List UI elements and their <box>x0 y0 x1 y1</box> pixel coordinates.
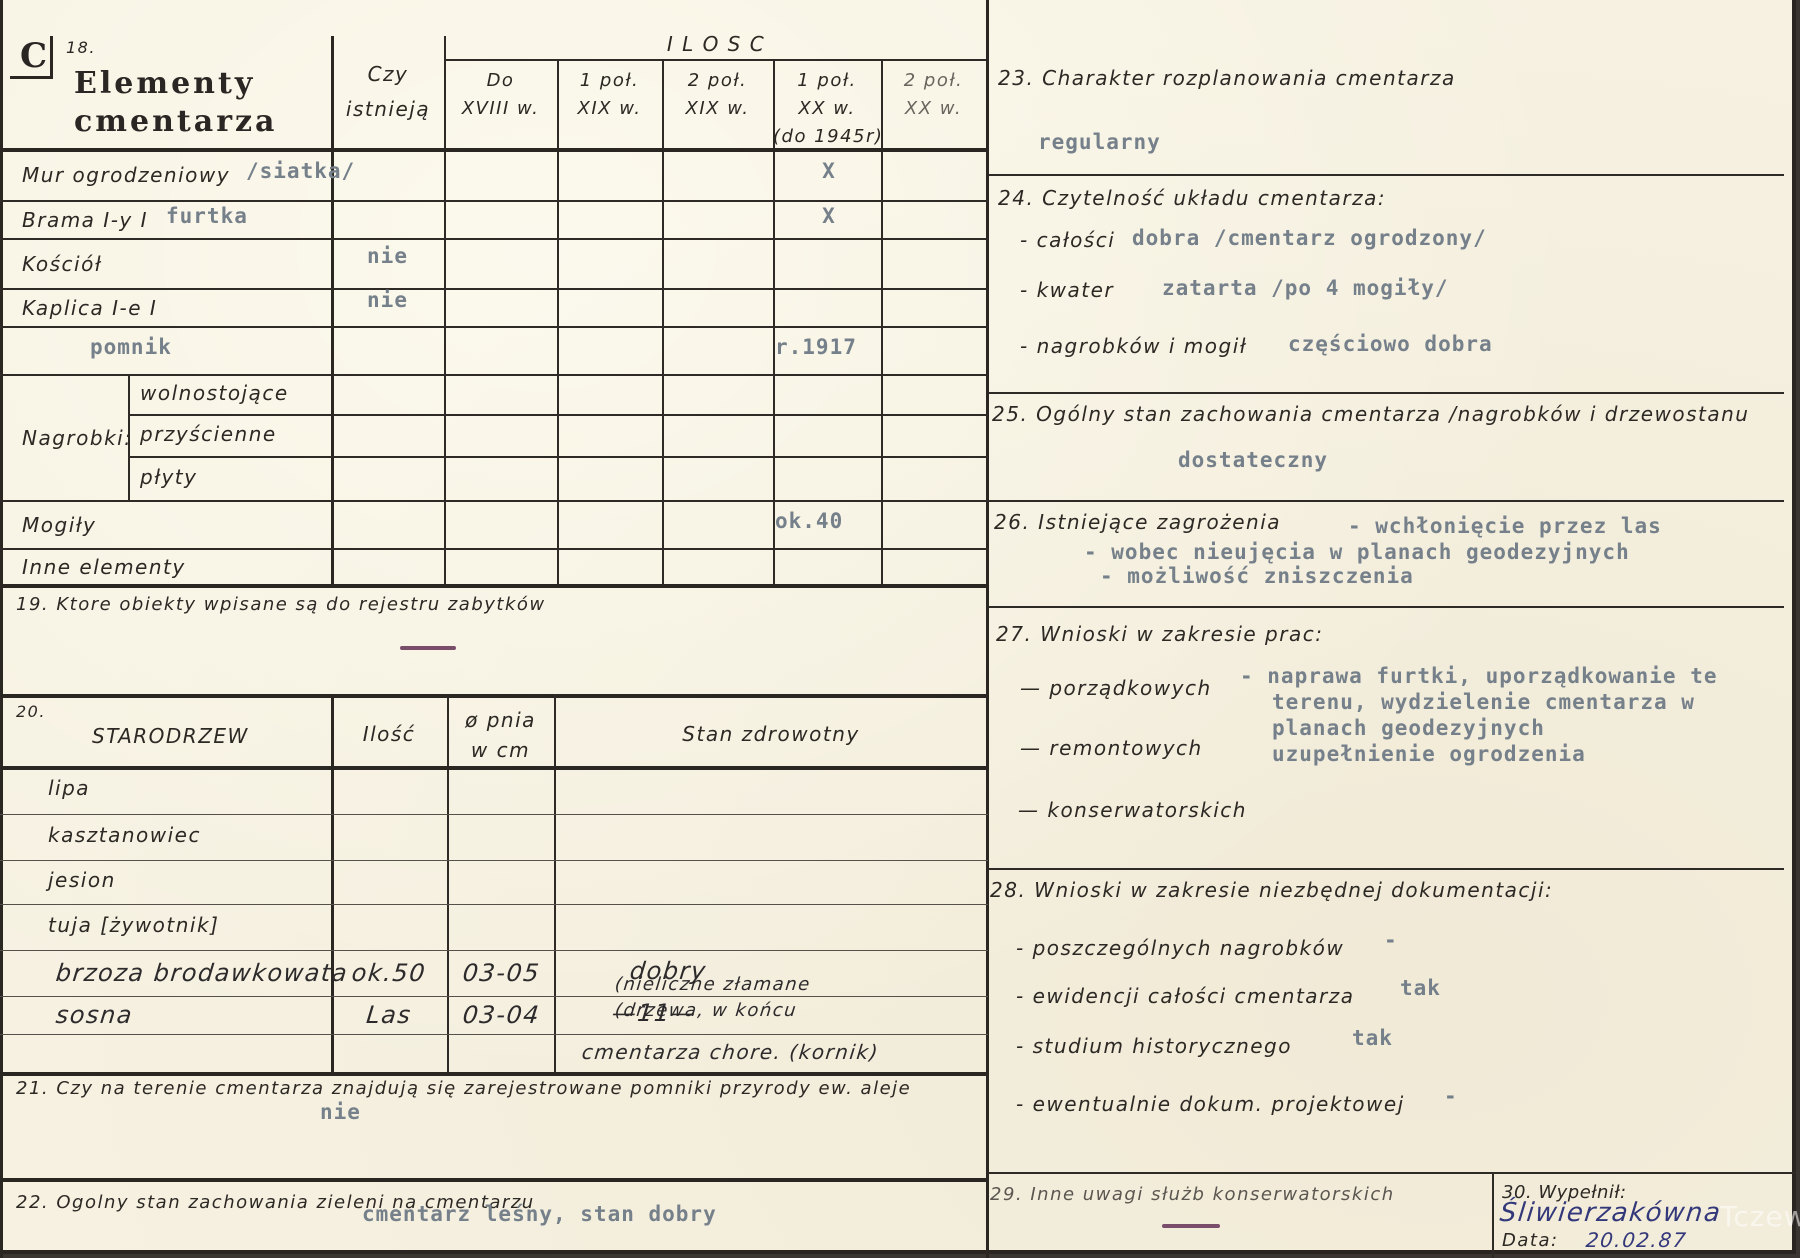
works-repair-answer: uzupełnienie ogrodzenia <box>1272 742 1586 766</box>
row-typed-label: pomnik <box>90 335 172 359</box>
tree-species: kasztanowiec <box>48 823 201 847</box>
row-label: Mogiły <box>22 513 96 537</box>
section-29-answer-dash <box>1162 1224 1220 1228</box>
works-cleanup-label: — porządkowych <box>1020 676 1212 700</box>
documentation-answer: tak <box>1352 1026 1393 1050</box>
row-value: X <box>775 159 883 183</box>
legibility-answer: dobra /cmentarz ogrodzony/ <box>1132 226 1487 250</box>
period-header-3-line1: 2 poł. <box>662 70 773 91</box>
divider <box>0 1034 988 1035</box>
period-header-5-line2: XX w. <box>881 98 986 119</box>
row-typed-label: furtka <box>166 204 248 228</box>
divider <box>988 174 1784 176</box>
section-28-label: 28. Wnioski w zakresie niezbędnej dokume… <box>990 878 1553 902</box>
documentation-label: - ewidencji całości cmentarza <box>1016 984 1355 1008</box>
section-18-number: 18. <box>66 38 96 57</box>
date-value: 20.02.87 <box>1585 1228 1689 1252</box>
section-23-label: 23. Charakter rozplanowania cmentarza <box>998 66 1456 90</box>
divider <box>0 200 988 202</box>
row-label: Mur ogrodzeniowy <box>22 163 230 187</box>
divider <box>988 500 1784 502</box>
divider <box>128 414 988 416</box>
card-letter: C <box>20 36 47 76</box>
col-diameter-line2: w cm <box>447 738 554 762</box>
watermark: Tczew <box>1720 1200 1800 1233</box>
divider <box>988 1172 1796 1174</box>
inventory-card: C 18. Elementy cmentarza Czy istnieją I … <box>0 0 1796 1254</box>
tree-diameter: 03-05 <box>448 959 556 987</box>
tree-species: jesion <box>48 868 116 892</box>
period-header-4-line3: (do 1945r) <box>773 126 881 147</box>
tree-species: tuja [żywotnik] <box>48 913 219 937</box>
tree-species: sosna <box>55 1001 135 1029</box>
nagrobki-group-label: Nagrobki: <box>22 426 132 450</box>
row-value: r.1917 <box>775 335 883 359</box>
divider <box>0 326 988 328</box>
documentation-answer: - <box>1444 1084 1458 1108</box>
section-25-label: 25. Ogólny stan zachowania cmentarza /na… <box>992 402 1749 426</box>
divider <box>0 950 988 951</box>
row-value: X <box>775 204 883 228</box>
divider <box>662 59 664 584</box>
col-count: Ilość <box>333 722 445 746</box>
row-label: Kościół <box>22 252 102 276</box>
legibility-answer: zatarta /po 4 mogiły/ <box>1162 276 1449 300</box>
tree-health: —11— <box>611 999 698 1027</box>
section-19-label: 19. Ktore obiekty wpisane są do rejestru… <box>16 594 546 615</box>
period-header-5-line1: 2 poł. <box>881 70 986 91</box>
section-25-answer: dostateczny <box>1178 448 1328 472</box>
row-label: przyścienne <box>140 422 277 446</box>
card-left-edge <box>0 0 3 1258</box>
row-label: Inne elementy <box>22 555 186 579</box>
col-diameter-line1: ø pnia <box>447 708 554 732</box>
section-21-answer: nie <box>320 1100 361 1124</box>
col-exists-line1: Czy <box>333 62 443 86</box>
row-exists: nie <box>331 288 444 312</box>
row-label: płyty <box>140 465 197 489</box>
divider <box>988 606 1784 608</box>
section-22-answer: cmentarz leśny, stan dobry <box>362 1202 717 1226</box>
row-label: wolnostojące <box>140 381 289 405</box>
divider <box>0 1178 988 1182</box>
period-header-1-line1: Do <box>444 70 557 91</box>
row-value: ok.40 <box>775 509 883 533</box>
divider <box>0 904 988 905</box>
works-conservation-label: — konserwatorskich <box>1018 798 1247 822</box>
section-18-title-line1: Elementy <box>74 66 255 101</box>
tree-count: Las <box>332 1001 447 1029</box>
legibility-answer: częściowo dobra <box>1288 332 1493 356</box>
section-27-label: 27. Wnioski w zakresie prac: <box>996 622 1323 646</box>
documentation-label: - studium historycznego <box>1016 1034 1292 1058</box>
divider <box>0 996 988 997</box>
divider <box>0 148 988 152</box>
col-health: Stan zdrowotny <box>556 722 986 746</box>
section-26-label: 26. Istniejące zagrożenia <box>994 510 1281 534</box>
works-cleanup-line2: terenu, wydzielenie cmentarza w <box>1272 690 1695 714</box>
row-typed-label: /siatka/ <box>246 159 355 183</box>
divider <box>444 59 987 61</box>
col-tree: STARODRZEW <box>92 724 249 748</box>
period-header-2-line2: XIX w. <box>557 98 662 119</box>
section-19-answer-dash <box>400 646 456 650</box>
divider <box>128 456 988 458</box>
divider <box>0 548 988 550</box>
divider <box>988 392 1784 394</box>
documentation-label: - ewentualnie dokum. projektowej <box>1016 1092 1405 1116</box>
row-label: Kaplica I-e I <box>22 296 157 320</box>
divider <box>0 288 988 290</box>
section-18-title-line2: cmentarza <box>74 104 277 139</box>
section-23-answer: regularny <box>1038 130 1161 154</box>
legibility-label: - nagrobków i mogił <box>1020 334 1247 358</box>
tree-health: dobry <box>629 957 709 985</box>
legibility-label: - kwater <box>1020 278 1114 302</box>
tree-count: ok.50 <box>332 959 447 987</box>
threat-1: - wchłonięcie przez las <box>1348 514 1662 538</box>
tree-diameter: 03-04 <box>448 1001 556 1029</box>
tree-species: brzoza brodawkowata <box>55 959 350 987</box>
divider <box>557 59 559 584</box>
section-21-label: 21. Czy na terenie cmentarza znajdują si… <box>16 1078 911 1099</box>
date-label: Data: <box>1502 1230 1559 1251</box>
legibility-label: - całości <box>1020 228 1115 252</box>
divider <box>0 766 988 770</box>
threat-3: - możliwość zniszczenia <box>1100 564 1414 588</box>
center-divider <box>986 0 989 1258</box>
section-20-number: 20. <box>16 702 46 721</box>
documentation-answer: - <box>1384 928 1398 952</box>
documentation-label: - poszczególnych nagrobków <box>1016 936 1344 960</box>
period-header-1-line2: XVIII w. <box>444 98 557 119</box>
tree-species: lipa <box>48 776 90 800</box>
divider <box>0 814 988 815</box>
divider <box>0 694 988 698</box>
row-label: Brama I-y I <box>22 208 148 232</box>
divider <box>0 374 988 376</box>
row-exists: nie <box>331 244 444 268</box>
tree-note-line3: cmentarza chore. (kornik) <box>581 1040 881 1064</box>
works-cleanup-line1: - naprawa furtki, uporządkowanie te <box>1240 664 1718 688</box>
section-24-label: 24. Czytelność układu cmentarza: <box>998 186 1386 210</box>
period-header-4-line1: 1 poł. <box>773 70 881 91</box>
divider <box>1492 1172 1494 1258</box>
divider <box>0 860 988 861</box>
works-repair-label: — remontowych <box>1020 736 1203 760</box>
divider <box>0 1072 988 1076</box>
divider <box>0 500 988 502</box>
signature: Śliwierzakówna <box>1498 1198 1723 1228</box>
divider <box>0 238 988 240</box>
period-header-3-line2: XIX w. <box>662 98 773 119</box>
section-29-label: 29. Inne uwagi służb konserwatorskich <box>990 1184 1395 1205</box>
col-exists-line2: istnieją <box>333 97 443 121</box>
col-group-quantity: I L O S C <box>445 32 987 56</box>
period-header-4-line2: XX w. <box>773 98 881 119</box>
divider <box>554 694 556 1072</box>
works-cleanup-line3: planach geodezyjnych <box>1272 716 1545 740</box>
period-header-2-line1: 1 poł. <box>557 70 662 91</box>
threat-2: - wobec nieujęcia w planach geodezyjnych <box>1084 540 1630 564</box>
divider <box>0 584 988 588</box>
divider <box>988 868 1784 870</box>
documentation-answer: tak <box>1400 976 1441 1000</box>
